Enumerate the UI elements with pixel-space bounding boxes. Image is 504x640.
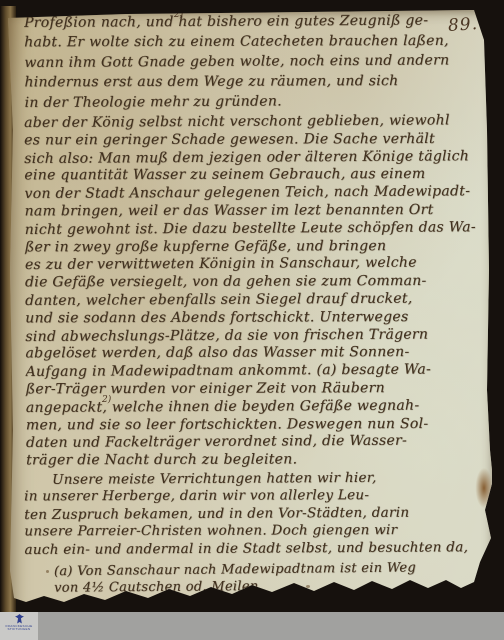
paper-speck	[306, 585, 310, 588]
manuscript-line: men, und sie so leer fortschickten. Desw…	[26, 415, 484, 434]
manuscript-line: nam bringen, weil er das Wasser im lezt …	[25, 202, 483, 221]
manuscript-line: aber der König selbst nicht verschont ge…	[24, 112, 482, 133]
scanner-bottom-bar: FRANCKESCHE STIFTUNGEN	[0, 612, 504, 640]
scanned-manuscript-view: { "scan": { "background_color": "#16110d…	[0, 0, 504, 640]
manuscript-page: 89. 2) 2) Profeßion nach, und hat bisher…	[6, 10, 492, 612]
manuscript-line: die Gefäße versiegelt, von da gehen sie …	[25, 273, 483, 292]
paragraph-2: aber der König selbst nicht verschont ge…	[24, 112, 484, 471]
manuscript-line: danten, welcher ebenfalls sein Siegel dr…	[25, 290, 483, 311]
manuscript-line: Profeßion nach, und hat bishero ein gute…	[24, 10, 482, 33]
manuscript-line: unsere Parreier-Christen wohnen. Doch gi…	[24, 522, 482, 541]
manuscript-line: abgelöset werden, daß also das Wasser mi…	[25, 344, 483, 363]
footnote: (a) Von Sanschaur nach Madewipadtnam ist…	[54, 559, 482, 597]
manuscript-line: und sie sodann des Abends fortschickt. U…	[25, 309, 483, 328]
manuscript-line: in unserer Herberge, darin wir von aller…	[24, 487, 482, 506]
manuscript-line: habt. Er wolte sich zu einem Catecheten …	[24, 31, 482, 53]
manuscript-line: ßer-Träger wurden vor einiger Zeit von R…	[26, 380, 484, 399]
archive-stamp: FRANCKESCHE STIFTUNGEN	[0, 612, 38, 640]
manuscript-line: es nur ein geringer Schade gewesen. Die …	[24, 131, 482, 150]
franckesche-stiftungen-logo-icon	[15, 614, 24, 624]
manuscript-line: hindernus erst aus dem Wege zu räumen, u…	[24, 71, 482, 93]
manuscript-line: von der Stadt Anschaur gelegenen Teich, …	[24, 183, 482, 204]
paper-speck	[46, 570, 49, 573]
manuscript-line: auch ein- und andermal in die Stadt selb…	[24, 539, 482, 559]
manuscript-line: in der Theologie mehr zu gründen.	[24, 90, 482, 113]
paragraph-1: Profeßion nach, und hat bishero ein gute…	[24, 10, 483, 113]
manuscript-line: wann ihm Gott Gnade geben wolte, noch ei…	[24, 50, 482, 73]
manuscript-line: Aufgang in Madewipadtnam ankommt. (a) be…	[26, 361, 484, 382]
paragraph-3: Unsere meiste Verrichtungen hatten wir h…	[24, 469, 483, 559]
ink-stain	[472, 460, 492, 516]
manuscript-line: träger die Nacht durch zu begleiten.	[26, 451, 484, 470]
archive-stamp-text: FRANCKESCHE STIFTUNGEN	[6, 625, 33, 631]
archive-stamp-line2: STIFTUNGEN	[6, 628, 33, 631]
manuscript-text: 2) 2) Profeßion nach, und hat bishero ei…	[24, 13, 482, 595]
manuscript-line: daten und Fackelträger verordnet sind, d…	[26, 433, 484, 454]
manuscript-line: von 4½ Cautschen od. Meilen.	[54, 576, 482, 596]
manuscript-line: eine quantität Wasser zu seinem Gebrauch…	[24, 166, 482, 185]
manuscript-line: ßer in zwey große kupferne Gefäße, und b…	[25, 237, 483, 256]
manuscript-line: nicht gewohnt ist. Die dazu bestellte Le…	[25, 219, 483, 240]
manuscript-line: angepackt, welche ihnen die beyden Gefäß…	[26, 397, 484, 418]
